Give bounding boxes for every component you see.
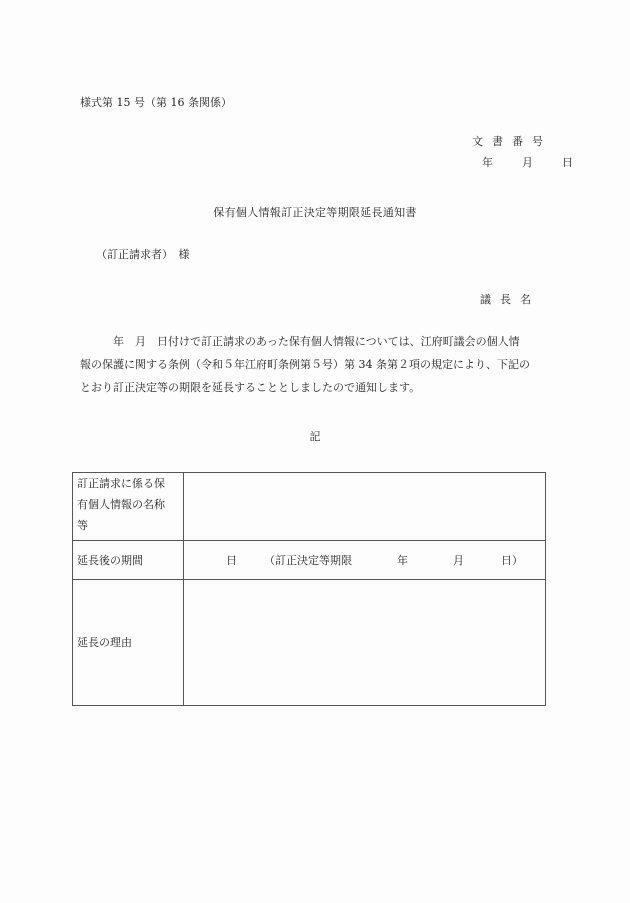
document-title: 保有個人情報訂正決定等期限延長通知書 bbox=[0, 204, 630, 220]
period-day-close: 日） bbox=[501, 552, 523, 568]
label-line: 訂正請求に係る保 bbox=[77, 473, 179, 494]
body-paragraph: 年 月 日付けで訂正請求のあった保有個人情報については、江府町議会の個人情 報の… bbox=[80, 330, 552, 399]
period-day: 日 bbox=[226, 552, 237, 568]
label-info-name: 訂正請求に係る保 有個人情報の名称 等 bbox=[73, 473, 184, 541]
body-line: とおり訂正決定等の期限を延長することとしましたので通知します。 bbox=[80, 376, 552, 399]
document-number-label: 文書番号 bbox=[472, 133, 552, 149]
details-table: 訂正請求に係る保 有個人情報の名称 等 延長後の期間 日 （訂正決定等期限 年 … bbox=[72, 472, 546, 706]
form-number: 様式第 15 号（第 16 条関係） bbox=[80, 94, 232, 110]
period-deadline-label: （訂正決定等期限 bbox=[264, 552, 352, 568]
period-year: 年 bbox=[397, 552, 408, 568]
date-day: 日 bbox=[562, 154, 573, 170]
date-year: 年 bbox=[482, 154, 493, 170]
period-month: 月 bbox=[453, 552, 464, 568]
date-month: 月 bbox=[522, 154, 533, 170]
label-extension-reason: 延長の理由 bbox=[73, 580, 184, 706]
date-line: 年 月 日 bbox=[482, 154, 573, 170]
ki-heading: 記 bbox=[0, 428, 630, 444]
table-row: 延長の理由 bbox=[73, 580, 546, 706]
label-line: 等 bbox=[77, 515, 179, 536]
sender-chairperson: 議長名 bbox=[480, 291, 540, 307]
value-info-name bbox=[184, 473, 546, 541]
label-extended-period: 延長後の期間 bbox=[73, 541, 184, 580]
value-extension-reason bbox=[184, 580, 546, 706]
body-line: 年 月 日付けで訂正請求のあった保有個人情報については、江府町議会の個人情 bbox=[80, 330, 552, 353]
table-row: 訂正請求に係る保 有個人情報の名称 等 bbox=[73, 473, 546, 541]
addressee: （訂正請求者） 様 bbox=[96, 246, 190, 262]
label-line: 有個人情報の名称 bbox=[77, 494, 179, 515]
table-row: 延長後の期間 日 （訂正決定等期限 年 月 日） bbox=[73, 541, 546, 580]
value-extended-period: 日 （訂正決定等期限 年 月 日） bbox=[184, 541, 546, 580]
body-line: 報の保護に関する条例（令和５年江府町条例第５号）第 34 条第２項の規定により、… bbox=[80, 353, 552, 376]
